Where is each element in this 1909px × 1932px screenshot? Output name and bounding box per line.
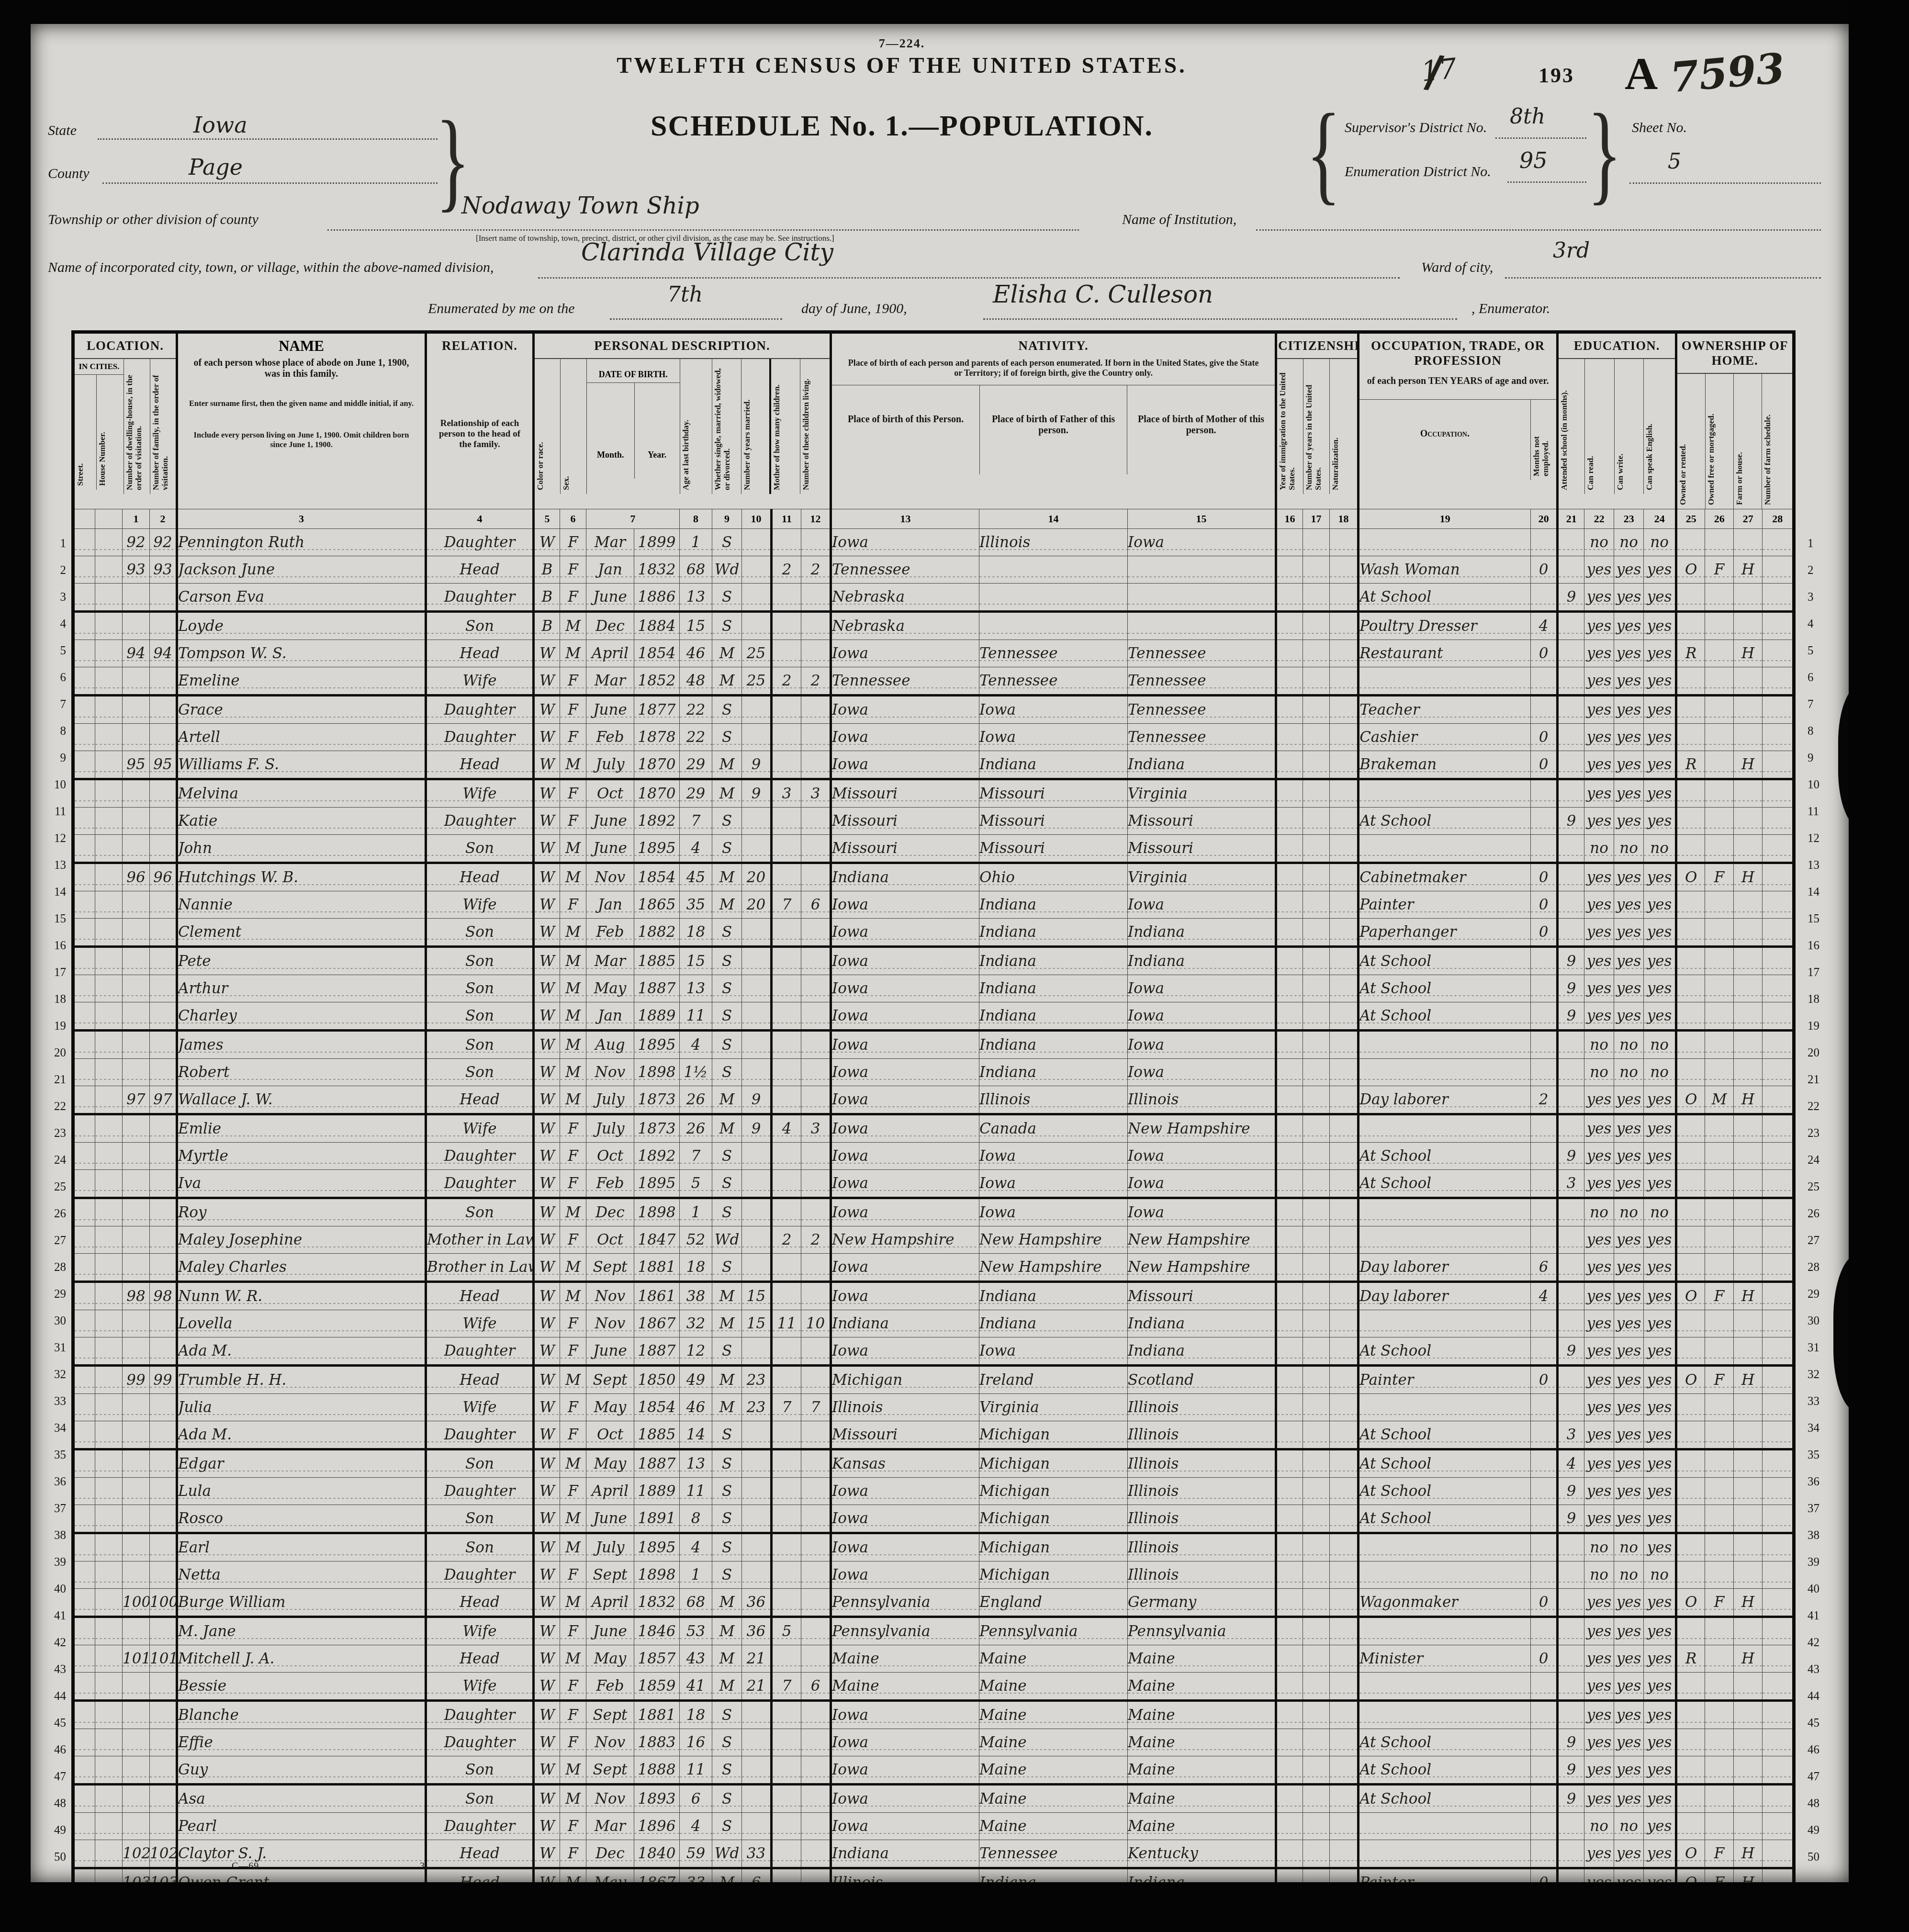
cell-relation: Daughter (426, 1421, 534, 1449)
cell-street (73, 1561, 95, 1589)
cell-years-in-us (1303, 835, 1330, 863)
cell-children-living (801, 1337, 831, 1366)
cell-age: 13 (680, 1449, 712, 1478)
cell-can-write: yes (1614, 696, 1644, 724)
cell-relation: Daughter (426, 696, 534, 724)
cell-age: 48 (680, 667, 712, 696)
owned-rented-col-label: Owned or rented. (1677, 374, 1705, 509)
cell-immigration-year (1276, 1478, 1303, 1505)
column-number: 10 (742, 509, 772, 529)
cell-farm-schedule (1763, 1561, 1794, 1589)
ownership-group: OWNERSHIP OF HOME. Owned or rented. Owne… (1676, 332, 1794, 509)
cell-years-in-us (1303, 808, 1330, 835)
cell-school-months: 9 (1558, 1729, 1584, 1756)
cell-birthplace-father: Tennessee (979, 640, 1128, 667)
name-title: NAME (178, 334, 425, 355)
row-number: 7 (44, 691, 66, 718)
cell-years-in-us (1303, 1114, 1330, 1143)
row-number: 11 (1808, 798, 1830, 825)
naturalization-col-label: Naturalization. (1330, 359, 1357, 494)
education-title: EDUCATION. (1559, 334, 1675, 359)
table-row: Maley JosephineMother in LawWFOct184752W… (73, 1226, 1794, 1254)
cell-color: W (534, 1561, 560, 1589)
cell-family-number (150, 1756, 177, 1785)
cell-can-read: yes (1584, 1002, 1614, 1031)
cell-months-not-employed (1531, 1449, 1558, 1478)
cell-speaks-english: no (1644, 1198, 1676, 1226)
cell-can-write: no (1614, 1533, 1644, 1561)
cell-farm-schedule (1763, 584, 1794, 612)
cell-relation: Wife (426, 1673, 534, 1701)
cell-naturalization (1330, 1086, 1359, 1114)
cell-marital-status: S (712, 1031, 742, 1059)
cell-years-in-us (1303, 1840, 1330, 1868)
cell-family-number (150, 1785, 177, 1813)
cell-farm-schedule (1763, 1813, 1794, 1840)
row-number: 19 (1808, 1013, 1830, 1040)
cell-birthplace-mother: Virginia (1128, 863, 1276, 891)
cell-can-write: yes (1614, 1394, 1644, 1421)
cell-free-or-mortgaged (1705, 1478, 1734, 1505)
cell-occupation: Painter (1359, 891, 1531, 919)
cell-years-married: 9 (742, 779, 772, 808)
cell-dwelling-number (123, 1813, 150, 1840)
footnote: C—69 3 (232, 1861, 583, 1872)
cell-birthplace-father: Maine (979, 1701, 1128, 1729)
cell-can-read: no (1584, 1198, 1614, 1226)
cell-birthplace-person: Iowa (831, 751, 979, 779)
cell-dwelling-number (123, 947, 150, 975)
cell-children-living (801, 1840, 831, 1868)
cell-immigration-year (1276, 640, 1303, 667)
state-value: Iowa (193, 112, 247, 138)
cell-street (73, 863, 95, 891)
cell-birthplace-father: Indiana (979, 751, 1128, 779)
cell-can-read: yes (1584, 667, 1614, 696)
cell-farm-schedule (1763, 1254, 1794, 1282)
cell-house-number (95, 863, 123, 891)
cell-children-living (801, 863, 831, 891)
cell-farm-or-house: H (1734, 1366, 1763, 1394)
cell-can-write: no (1614, 1561, 1644, 1589)
cell-speaks-english: yes (1644, 1589, 1676, 1617)
cell-name: Maley Charles (177, 1254, 426, 1282)
cell-sex: F (560, 1729, 586, 1756)
cell-birth-month: Jan (586, 556, 634, 584)
cell-age: 26 (680, 1114, 712, 1143)
cell-owned-or-rented (1676, 1505, 1705, 1533)
cell-immigration-year (1276, 1031, 1303, 1059)
cell-name: Robert (177, 1059, 426, 1086)
cell-school-months (1558, 1226, 1584, 1254)
cell-children-living (801, 1198, 831, 1226)
cell-can-read: yes (1584, 1421, 1614, 1449)
sheet-line (1629, 182, 1821, 184)
cell-color: W (534, 1785, 560, 1813)
cell-age: 4 (680, 835, 712, 863)
cell-dwelling-number (123, 1505, 150, 1533)
cell-color: W (534, 1143, 560, 1170)
cell-naturalization (1330, 696, 1359, 724)
cell-dwelling-number (123, 1310, 150, 1337)
cell-speaks-english: yes (1644, 1505, 1676, 1533)
cell-occupation (1359, 1813, 1531, 1840)
cell-farm-schedule (1763, 1002, 1794, 1031)
table-row: PeteSonWMMar188515SIowaIndianaIndianaAt … (73, 947, 1794, 975)
cell-age: 11 (680, 1002, 712, 1031)
cell-free-or-mortgaged (1705, 584, 1734, 612)
cell-naturalization (1330, 975, 1359, 1002)
cell-birth-month: Jan (586, 891, 634, 919)
column-number: 28 (1763, 509, 1794, 529)
cell-free-or-mortgaged: F (1705, 1366, 1734, 1394)
row-number: 2 (44, 557, 66, 584)
cell-mother-of-children (772, 1449, 801, 1478)
cell-free-or-mortgaged: F (1705, 863, 1734, 891)
cell-sex: M (560, 835, 586, 863)
cell-immigration-year (1276, 1645, 1303, 1673)
cell-age: 18 (680, 1254, 712, 1282)
cell-years-in-us (1303, 1813, 1330, 1840)
footnote-right: 3 (420, 1861, 425, 1872)
cell-farm-or-house (1734, 1813, 1763, 1840)
cell-can-write: yes (1614, 1114, 1644, 1143)
cell-farm-or-house (1734, 1617, 1763, 1645)
cell-can-read: yes (1584, 1449, 1614, 1478)
cell-house-number (95, 1002, 123, 1031)
cell-dwelling-number: 102 (123, 1840, 150, 1868)
cell-birth-month: Sept (586, 1701, 634, 1729)
cell-children-living: 10 (801, 1310, 831, 1337)
cell-name: Pete (177, 947, 426, 975)
cell-family-number (150, 1701, 177, 1729)
cell-birth-month: Oct (586, 779, 634, 808)
cell-free-or-mortgaged (1705, 1337, 1734, 1366)
cell-owned-or-rented: R (1676, 751, 1705, 779)
row-number: 11 (44, 798, 66, 825)
attended-school-col-label: Attended school (in months). (1559, 359, 1584, 494)
cell-marital-status: M (712, 1617, 742, 1645)
cell-immigration-year (1276, 835, 1303, 863)
cell-children-living: 3 (801, 779, 831, 808)
cell-occupation: Day laborer (1359, 1086, 1531, 1114)
table-row: Ada M.DaughterWFOct188514SMissouriMichig… (73, 1421, 1794, 1449)
table-row: 9292Pennington RuthDaughterWFMar18991SIo… (73, 529, 1794, 556)
cell-birthplace-mother: Virginia (1128, 779, 1276, 808)
cell-farm-or-house (1734, 1114, 1763, 1143)
cell-street (73, 919, 95, 947)
cell-marital-status: S (712, 1756, 742, 1785)
cell-birth-year: 1854 (634, 640, 680, 667)
cell-children-living (801, 1813, 831, 1840)
cell-marital-status: S (712, 1785, 742, 1813)
cell-birth-year: 1854 (634, 863, 680, 891)
cell-age: 12 (680, 1337, 712, 1366)
ward-label: Ward of city, (1421, 259, 1493, 276)
cell-age: 45 (680, 863, 712, 891)
row-number: 26 (1808, 1201, 1830, 1227)
cell-street (73, 1226, 95, 1254)
cell-occupation (1359, 1533, 1531, 1561)
cell-age: 4 (680, 1533, 712, 1561)
cell-relation: Wife (426, 667, 534, 696)
cell-birthplace-mother: Iowa (1128, 1059, 1276, 1086)
cell-free-or-mortgaged (1705, 975, 1734, 1002)
cell-naturalization (1330, 1617, 1359, 1645)
cell-occupation: Restaurant (1359, 640, 1531, 667)
cell-years-married (742, 919, 772, 947)
cell-mother-of-children (772, 863, 801, 891)
column-number: 22 (1584, 509, 1614, 529)
cell-marital-status: Wd (712, 1226, 742, 1254)
cell-name: Nannie (177, 891, 426, 919)
cell-birth-year: 1865 (634, 891, 680, 919)
cell-name: Jackson June (177, 556, 426, 584)
cell-can-write: yes (1614, 1617, 1644, 1645)
cell-months-not-employed: 0 (1531, 724, 1558, 751)
cell-name: Charley (177, 1002, 426, 1031)
cell-owned-or-rented (1676, 724, 1705, 751)
cell-mother-of-children (772, 584, 801, 612)
cell-can-read: yes (1584, 1226, 1614, 1254)
cell-relation: Daughter (426, 1701, 534, 1729)
cell-children-living: 7 (801, 1394, 831, 1421)
cell-relation: Son (426, 1533, 534, 1561)
row-number: 21 (1808, 1067, 1830, 1093)
cell-house-number (95, 1729, 123, 1756)
cell-name: Nunn W. R. (177, 1282, 426, 1310)
cell-relation: Wife (426, 891, 534, 919)
speak-english-col-label: Can speak English. (1644, 359, 1675, 494)
cell-relation: Head (426, 640, 534, 667)
cell-name: Effie (177, 1729, 426, 1756)
table-row: CharleySonWMJan188911SIowaIndianaIowaAt … (73, 1002, 1794, 1031)
cell-birth-month: Feb (586, 1170, 634, 1198)
cell-months-not-employed: 6 (1531, 1254, 1558, 1282)
cell-farm-or-house (1734, 1421, 1763, 1449)
cell-color: W (534, 1254, 560, 1282)
cell-years-in-us (1303, 1449, 1330, 1478)
cell-street (73, 751, 95, 779)
cell-farm-or-house (1734, 779, 1763, 808)
cell-school-months (1558, 891, 1584, 919)
cell-age: 52 (680, 1226, 712, 1254)
cell-years-married (742, 1701, 772, 1729)
cell-speaks-english: yes (1644, 1478, 1676, 1505)
cell-sex: M (560, 1059, 586, 1086)
cell-birth-year: 1887 (634, 975, 680, 1002)
cell-years-married (742, 556, 772, 584)
location-title: LOCATION. (75, 334, 176, 359)
cell-immigration-year (1276, 919, 1303, 947)
cell-birth-year: 1870 (634, 751, 680, 779)
cell-name: Iva (177, 1170, 426, 1198)
cell-naturalization (1330, 1421, 1359, 1449)
row-number: 31 (44, 1335, 66, 1361)
cell-color: W (534, 1282, 560, 1310)
cell-years-married (742, 1505, 772, 1533)
cell-school-months (1558, 1310, 1584, 1337)
cell-relation: Son (426, 1756, 534, 1785)
cell-occupation (1359, 779, 1531, 808)
row-number: 35 (1808, 1442, 1830, 1469)
cell-speaks-english: yes (1644, 1170, 1676, 1198)
cell-naturalization (1330, 1143, 1359, 1170)
cell-family-number (150, 1478, 177, 1505)
cell-speaks-english: yes (1644, 1756, 1676, 1785)
cell-months-not-employed (1531, 1729, 1558, 1756)
cell-birth-year: 1889 (634, 1002, 680, 1031)
cell-house-number (95, 1143, 123, 1170)
column-number: 15 (1128, 509, 1276, 529)
cell-immigration-year (1276, 612, 1303, 640)
cell-color: W (534, 667, 560, 696)
cell-street (73, 1143, 95, 1170)
row-number: 50 (1808, 1844, 1830, 1871)
cell-years-in-us (1303, 1505, 1330, 1533)
cell-name: Burge William (177, 1589, 426, 1617)
cell-birthplace-person: Iowa (831, 891, 979, 919)
cell-can-write: yes (1614, 1785, 1644, 1813)
cell-birthplace-mother: Maine (1128, 1785, 1276, 1813)
cell-house-number (95, 919, 123, 947)
cell-months-not-employed: 4 (1531, 1282, 1558, 1310)
cell-birthplace-mother: Maine (1128, 1729, 1276, 1756)
cell-relation: Daughter (426, 529, 534, 556)
cell-can-write: yes (1614, 1478, 1644, 1505)
cell-age: 38 (680, 1282, 712, 1310)
township-line (327, 229, 1079, 231)
row-number: 18 (44, 986, 66, 1013)
cell-birth-month: Oct (586, 1143, 634, 1170)
cell-immigration-year (1276, 1170, 1303, 1198)
cell-birth-year: 1895 (634, 1533, 680, 1561)
institution-label: Name of Institution, (1122, 212, 1236, 228)
row-number: 2 (1808, 557, 1830, 584)
cell-occupation (1359, 1310, 1531, 1337)
cell-house-number (95, 835, 123, 863)
enumerator-line (983, 318, 1457, 320)
cell-house-number (95, 1533, 123, 1561)
cell-school-months (1558, 919, 1584, 947)
cell-owned-or-rented (1676, 1561, 1705, 1589)
cell-school-months (1558, 1673, 1584, 1701)
cell-free-or-mortgaged (1705, 891, 1734, 919)
cell-speaks-english: yes (1644, 1337, 1676, 1366)
cell-years-married (742, 1421, 772, 1449)
cell-birth-year: 1852 (634, 667, 680, 696)
cell-sex: M (560, 1449, 586, 1478)
cell-mother-of-children: 2 (772, 556, 801, 584)
cell-age: 43 (680, 1645, 712, 1673)
cell-birthplace-person: Iowa (831, 1701, 979, 1729)
cell-birthplace-person: Iowa (831, 1533, 979, 1561)
cell-mother-of-children (772, 640, 801, 667)
township-value: Nodaway Town Ship (461, 192, 699, 219)
cell-months-not-employed: 0 (1531, 640, 1558, 667)
cell-birth-year: 1857 (634, 1645, 680, 1673)
cell-relation: Head (426, 1645, 534, 1673)
cell-owned-or-rented (1676, 1170, 1705, 1198)
cell-birthplace-father: Ireland (979, 1366, 1128, 1394)
cell-name: Earl (177, 1533, 426, 1561)
column-number: 6 (560, 509, 586, 529)
row-number: 39 (1808, 1549, 1830, 1576)
cell-naturalization (1330, 1505, 1359, 1533)
column-number: 7 (586, 509, 680, 529)
cell-owned-or-rented (1676, 975, 1705, 1002)
cell-birthplace-mother: Kentucky (1128, 1840, 1276, 1868)
cell-marital-status: S (712, 975, 742, 1002)
cell-street (73, 1002, 95, 1031)
immigration-col-label: Year of immigration to the United States… (1277, 359, 1303, 494)
cell-farm-or-house (1734, 1449, 1763, 1478)
cell-relation: Son (426, 1785, 534, 1813)
cell-sex: F (560, 584, 586, 612)
cell-school-months (1558, 1701, 1584, 1729)
cell-free-or-mortgaged (1705, 1031, 1734, 1059)
cell-mother-of-children (772, 612, 801, 640)
cell-birthplace-mother: Maine (1128, 1756, 1276, 1785)
cell-immigration-year (1276, 1505, 1303, 1533)
table-row: ArtellDaughterWFFeb187822SIowaIowaTennes… (73, 724, 1794, 751)
cell-birth-month: Sept (586, 1561, 634, 1589)
city-line (538, 277, 1400, 279)
cell-years-married: 25 (742, 667, 772, 696)
cell-months-not-employed (1531, 1505, 1558, 1533)
cell-free-or-mortgaged (1705, 1756, 1734, 1785)
row-number: 34 (44, 1415, 66, 1442)
cell-marital-status: S (712, 1198, 742, 1226)
row-number: 40 (1808, 1576, 1830, 1603)
cell-can-read: yes (1584, 1478, 1614, 1505)
cell-birthplace-father: Michigan (979, 1533, 1128, 1561)
cell-free-or-mortgaged (1705, 1226, 1734, 1254)
cell-school-months: 3 (1558, 1421, 1584, 1449)
cell-relation: Wife (426, 779, 534, 808)
cell-dwelling-number: 93 (123, 556, 150, 584)
cell-children-living: 6 (801, 1673, 831, 1701)
cell-sex: M (560, 863, 586, 891)
cell-birth-month: Feb (586, 724, 634, 751)
column-number: 23 (1614, 509, 1644, 529)
cell-birthplace-mother: New Hampshire (1128, 1114, 1276, 1143)
cell-speaks-english: yes (1644, 1645, 1676, 1673)
table-row: RobertSonWMNov18981½SIowaIndianaIowanono… (73, 1059, 1794, 1086)
cell-relation: Wife (426, 1617, 534, 1645)
cell-name: Artell (177, 724, 426, 751)
cell-years-married: 25 (742, 640, 772, 667)
cell-years-in-us (1303, 1002, 1330, 1031)
cell-color: W (534, 1756, 560, 1785)
cell-relation: Head (426, 1589, 534, 1617)
cell-birth-month: Sept (586, 1756, 634, 1785)
cell-birth-year: 1892 (634, 808, 680, 835)
cell-sex: M (560, 1756, 586, 1785)
row-number: 30 (44, 1308, 66, 1335)
cell-farm-or-house (1734, 724, 1763, 751)
city-label: Name of incorporated city, town, or vill… (48, 259, 494, 276)
cell-months-not-employed: 0 (1531, 863, 1558, 891)
row-number: 41 (1808, 1603, 1830, 1629)
cell-birthplace-mother: New Hampshire (1128, 1254, 1276, 1282)
row-number: 3 (44, 584, 66, 611)
cell-years-married (742, 1031, 772, 1059)
cell-school-months (1558, 667, 1584, 696)
cell-farm-schedule (1763, 1840, 1794, 1868)
cell-street (73, 891, 95, 919)
cell-years-married (742, 1729, 772, 1756)
